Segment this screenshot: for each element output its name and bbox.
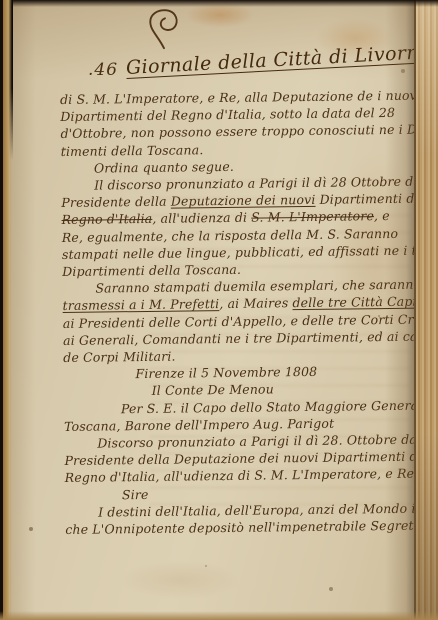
page-number: .46 xyxy=(88,60,118,80)
manuscript-segment: d'Ottobre, non possono essere troppo con… xyxy=(60,122,438,142)
manuscript-segment: Sire xyxy=(122,487,149,502)
manuscript-segment: che L'Onnipotente depositò nell'impenetr… xyxy=(65,517,438,537)
manuscript-segment: , all'udienza di xyxy=(152,210,251,226)
manuscript-segment: trasmessi a i M. Prefetti xyxy=(63,297,220,314)
manuscript-segment: de Corpi Militari. xyxy=(63,349,176,365)
manuscript-segment: Regno d'Italia, all'udienza di S. M. L'I… xyxy=(65,466,419,485)
manuscript-segment: Presidente della xyxy=(61,194,171,210)
paper-stain xyxy=(120,560,240,600)
manuscript-segment: , ai Maires xyxy=(219,296,292,312)
manuscript-line: che L'Onnipotente depositò nell'impenetr… xyxy=(65,517,425,539)
manuscript-segment: S. M. L'Imperatore xyxy=(251,209,374,225)
spiral-flourish-icon xyxy=(140,5,188,51)
manuscript-segment: Firenze il 5 Novembre 1808 xyxy=(135,364,317,381)
manuscript-text: di S. M. L'Imperatore, e Re, alla Deputa… xyxy=(60,87,425,539)
manuscript-segment: Deputazione dei nuovi xyxy=(171,192,316,209)
manuscript-photo: .46 Giornale della Città di Livorno di S… xyxy=(0,0,438,620)
manuscript-segment: Il Conte De Menou xyxy=(152,382,274,398)
book-edge-bottom xyxy=(0,611,438,620)
book-fore-edge xyxy=(414,0,438,620)
manuscript-segment: timenti della Toscana. xyxy=(61,142,204,159)
photo-edge-top xyxy=(0,0,438,7)
binding-edge xyxy=(3,0,12,620)
manuscript-segment: stampati nelle due lingue, pubblicati, e… xyxy=(62,242,431,262)
manuscript-segment: ai Generali, Comandanti ne i tre Diparti… xyxy=(63,328,430,347)
manuscript-segment: Regno d'Italia xyxy=(61,211,152,227)
manuscript-segment: Dipartimenti della Toscana. xyxy=(62,262,241,279)
manuscript-segment: Toscana, Barone dell'Impero Aug. Parigot xyxy=(64,416,334,434)
page-curve-shadow xyxy=(385,0,417,620)
manuscript-segment: Ordina quanto segue. xyxy=(94,159,234,176)
binding-shadow xyxy=(10,0,36,620)
